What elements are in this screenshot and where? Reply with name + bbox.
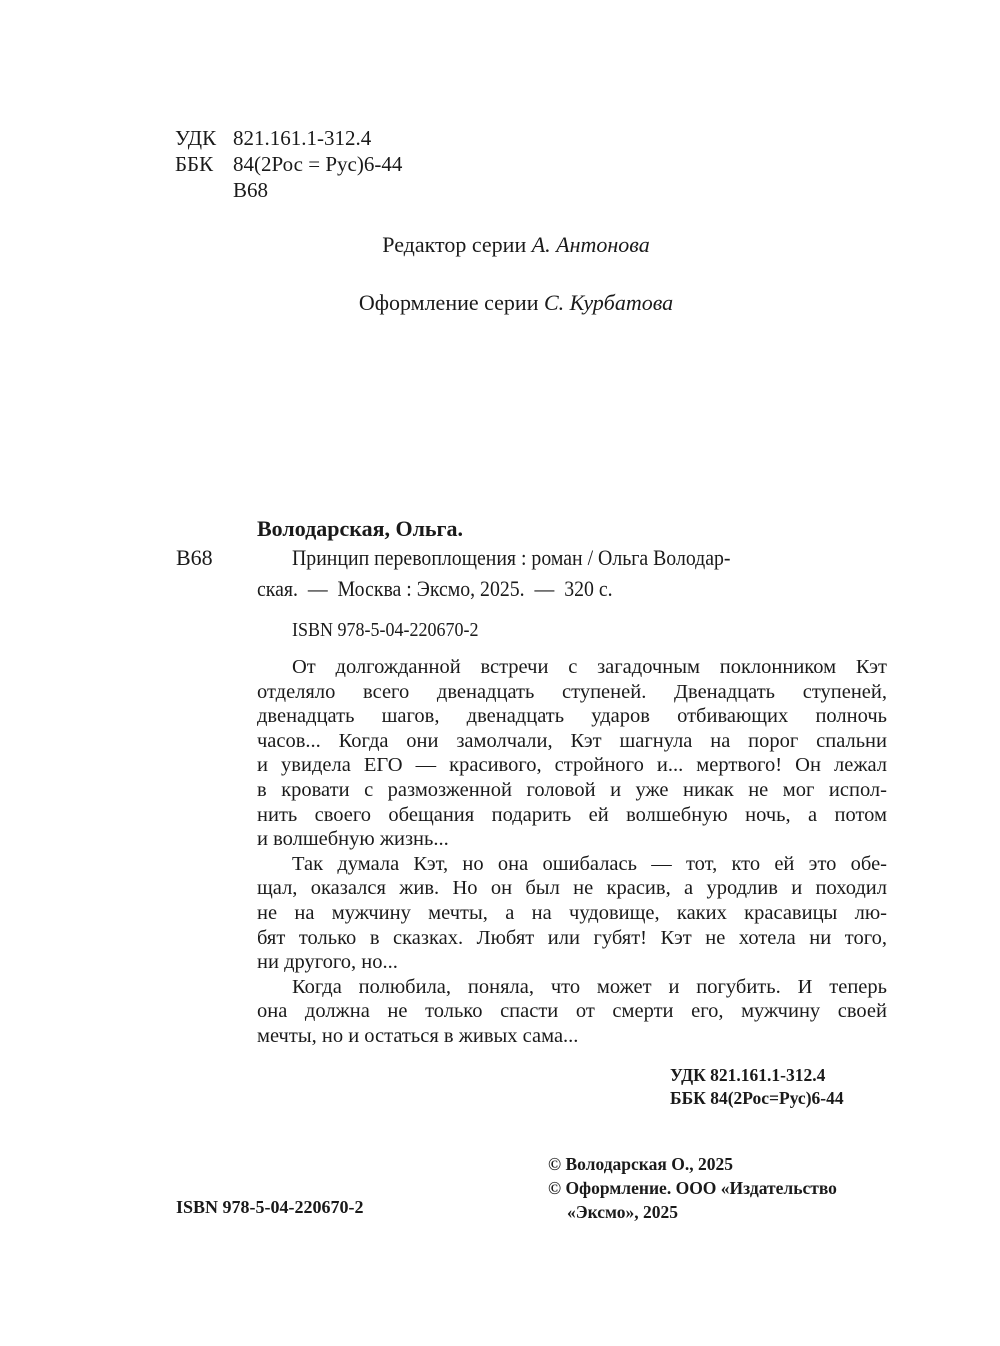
- annotation-line: и волшебную жизнь...: [257, 827, 887, 852]
- annotation-line: и увидела ЕГО — красивого, стройного и..…: [257, 753, 887, 778]
- annotation-line: Так думала Кэт, но она ошибалась — тот, …: [257, 852, 887, 877]
- copyright-publisher: «Эксмо», 2025: [548, 1200, 837, 1224]
- bbk-label: ББК: [175, 151, 233, 177]
- udk-row: УДК 821.161.1-312.4: [175, 125, 402, 151]
- copyright-author: © Володарская О., 2025: [548, 1152, 837, 1176]
- annotation-line: отделяло всего двенадцать ступеней. Двен…: [257, 680, 887, 705]
- catalog-description-text1: Принцип перевоплощения : роман / Ольга В…: [292, 545, 731, 571]
- annotation-line: Когда полюбила, поняла, что может и погу…: [257, 975, 887, 1000]
- copyright-block: © Володарская О., 2025 © Оформление. ООО…: [548, 1152, 837, 1224]
- catalog-isbn-text: ISBN 978-5-04-220670-2: [292, 619, 478, 642]
- annotation-line: ни другого, но...: [257, 950, 887, 975]
- catalog-mark: В68: [176, 545, 213, 571]
- annotation-line: бят только в сказках. Любят или губят! К…: [257, 926, 887, 951]
- editor-name: А. Антонова: [532, 232, 650, 257]
- annotation-line: двенадцать шагов, двенадцать ударов отби…: [257, 704, 887, 729]
- annotation-line: мечты, но и остаться в живых сама...: [257, 1024, 887, 1049]
- catalog-isbn: ISBN 978-5-04-220670-2: [292, 619, 499, 642]
- copyright-design: © Оформление. ООО «Издательство: [548, 1176, 837, 1200]
- isbn-bottom: ISBN 978-5-04-220670-2: [176, 1197, 364, 1218]
- annotation-line: она должна не только спасти от смерти ег…: [257, 999, 887, 1024]
- catalog-author: Володарская, Ольга.: [257, 516, 463, 542]
- bottom-udk: УДК 821.161.1-312.4: [670, 1064, 844, 1087]
- udk-value: 821.161.1-312.4: [233, 125, 371, 151]
- annotation-line: нить своего обещания подарить ей волшебн…: [257, 803, 887, 828]
- series-design-credit: Оформление серии С. Курбатова: [0, 290, 1000, 316]
- annotation-line: не на мужчину мечты, а на чудовище, каки…: [257, 901, 887, 926]
- editor-label: Редактор серии: [382, 232, 531, 257]
- bbk-row: ББК 84(2Рос = Рус)6-44: [175, 151, 402, 177]
- author-mark-row: В68: [175, 177, 402, 203]
- annotation-line: От долгожданной встречи с загадочным пок…: [257, 655, 887, 680]
- series-editor-credit: Редактор серии А. Антонова: [0, 232, 1000, 258]
- catalog-description-text2: ская. — Москва : Эксмо, 2025. — 320 с.: [257, 576, 613, 602]
- bottom-codes: УДК 821.161.1-312.4 ББК 84(2Рос=Рус)6-44: [670, 1064, 844, 1110]
- annotation-line: в кровати с размозженной головой и уже н…: [257, 778, 887, 803]
- classification-codes: УДК 821.161.1-312.4 ББК 84(2Рос = Рус)6-…: [175, 125, 402, 203]
- catalog-description-line1: Принцип перевоплощения : роман / Ольга В…: [292, 545, 779, 571]
- annotation-line: часов... Когда они замолчали, Кэт шагнул…: [257, 729, 887, 754]
- design-name: С. Курбатова: [544, 290, 673, 315]
- design-label: Оформление серии: [359, 290, 544, 315]
- annotation: От долгожданной встречи с загадочным пок…: [257, 655, 887, 1049]
- catalog-description-line2: ская. — Москва : Эксмо, 2025. — 320 с.: [257, 576, 652, 602]
- annotation-line: щал, оказался жив. Но он был не красив, …: [257, 876, 887, 901]
- bbk-value: 84(2Рос = Рус)6-44: [233, 151, 402, 177]
- bottom-bbk: ББК 84(2Рос=Рус)6-44: [670, 1087, 844, 1110]
- author-mark: В68: [233, 177, 268, 203]
- udk-label: УДК: [175, 125, 233, 151]
